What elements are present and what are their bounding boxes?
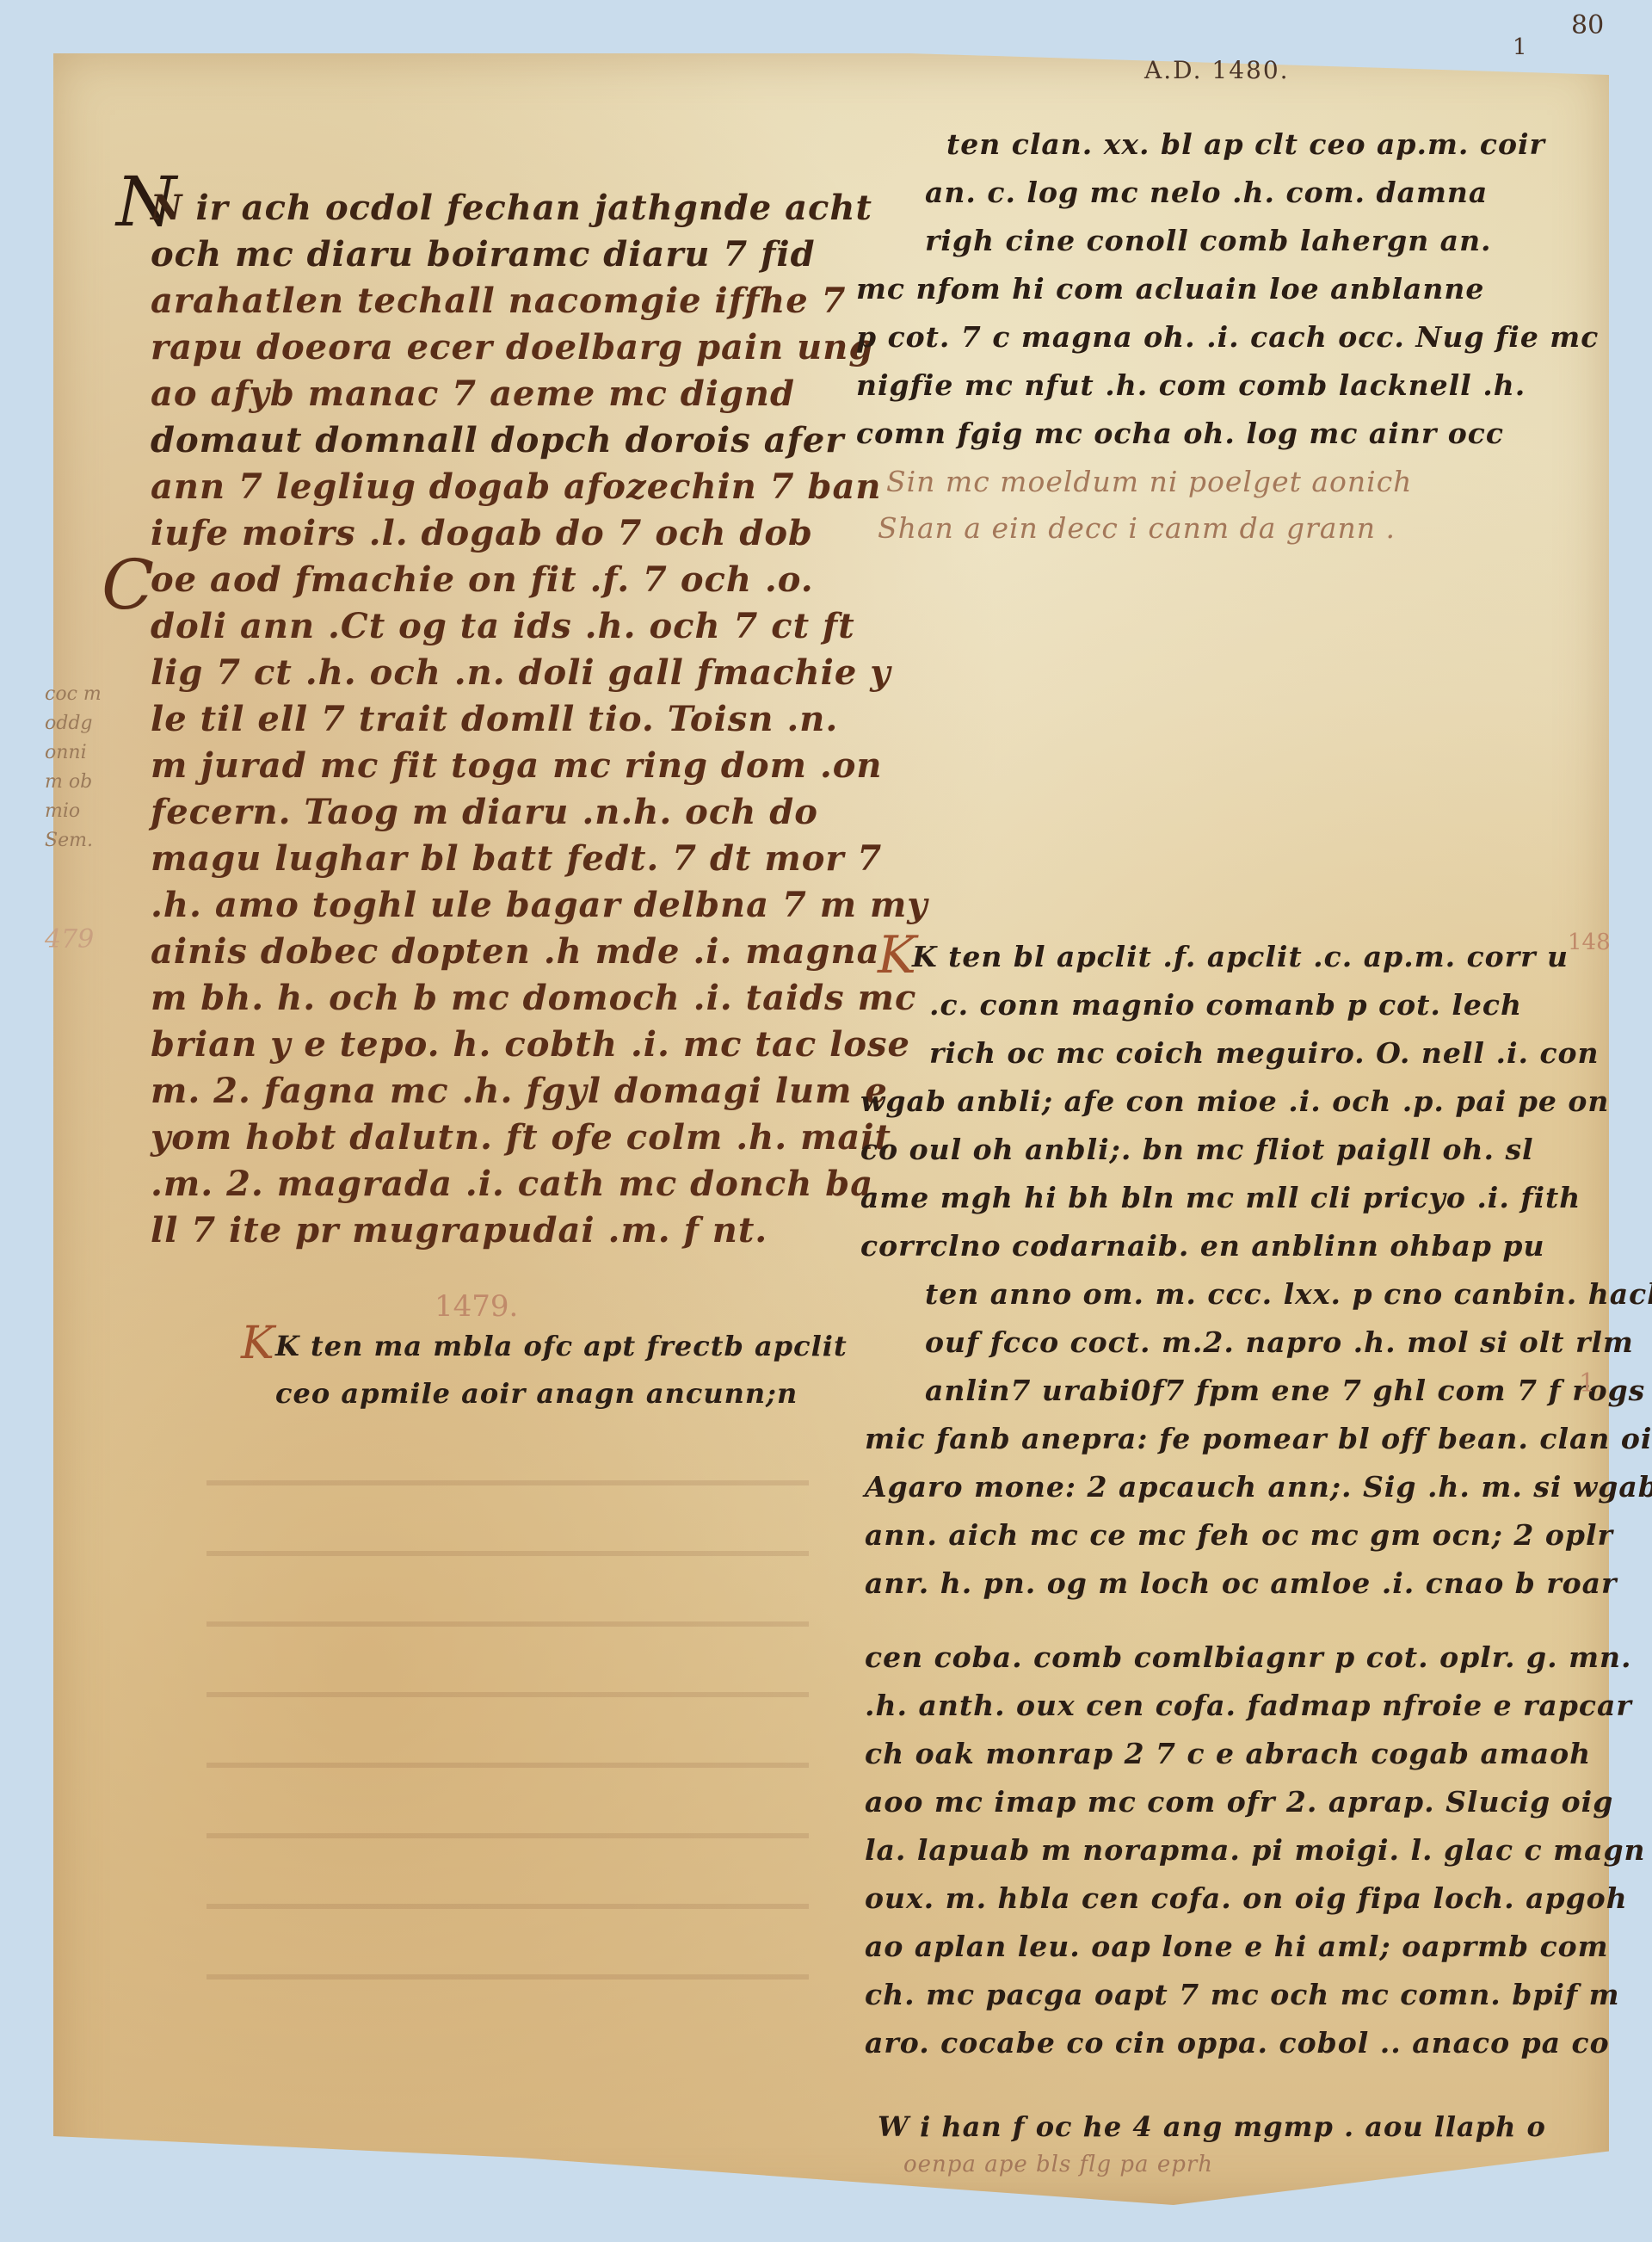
- text-line: .c. conn magnio comanb p cot. lech: [929, 988, 1522, 1022]
- text-line: nigfie mc nfut .h. com comb lacknell .h.: [856, 368, 1526, 402]
- text-line: K ten bl apclit .f. apclit .c. ap.m. cor…: [912, 940, 1569, 973]
- margin-year-148: 148: [1568, 930, 1611, 955]
- margin-note-line: oddg: [45, 709, 102, 738]
- page-header-year: A.D. 1480.: [1144, 56, 1290, 84]
- text-line: ao aplan leu. oap lone e hi aml; oaprmb …: [865, 1930, 1609, 1963]
- text-line: doli ann .Ct og ta ids .h. och 7 ct ft: [151, 606, 855, 646]
- margin-note-line: m ob: [45, 768, 102, 797]
- text-line: K ten ma mbla ofc apt frectb apclit: [275, 1330, 848, 1362]
- text-line: p cot. 7 c magna oh. .i. cach occ. Nug f…: [856, 320, 1599, 354]
- text-line: mc nfom hi com acluain loe anblanne: [856, 272, 1484, 306]
- text-line: ann 7 legliug dogab afozechin 7 ban: [151, 466, 882, 507]
- text-line: ame mgh hi bh bln mc mll cli pricyo .i. …: [860, 1181, 1581, 1214]
- text-line: arahatlen techall nacomgie iffhe 7: [151, 281, 846, 321]
- margin-note-line: mio: [45, 797, 102, 826]
- text-line: co oul oh anbli;. bn mc fliot paigll oh.…: [860, 1133, 1534, 1166]
- text-line: righ cine conoll comb lahergn an.: [925, 224, 1492, 257]
- text-line: corrclno codarnaib. en anblinn ohbap pu: [860, 1229, 1544, 1263]
- margin-note-line: coc m: [45, 680, 102, 709]
- text-line: m jurad mc fit toga mc ring dom .on: [151, 745, 883, 786]
- left-initial-c: C: [102, 551, 154, 620]
- text-line: an. c. log mc nelo .h. com. damna: [925, 176, 1488, 209]
- text-line: le til ell 7 trait domll tio. Toisn .n.: [151, 699, 838, 739]
- show-through-text: [206, 1446, 809, 2005]
- text-line: .m. 2. magrada .i. cath mc donch ba: [151, 1164, 873, 1204]
- left-margin-year: 479: [45, 925, 94, 954]
- text-line: yom hobt dalutn. ft ofe colm .h. mait: [151, 1117, 891, 1158]
- text-line: brian y e tepo. h. cobth .i. mc tac lose: [151, 1024, 910, 1065]
- text-line: comn fgig mc ocha oh. log mc ainr occ: [856, 417, 1504, 450]
- corner-tick: 1: [1513, 34, 1527, 60]
- text-line: aro. cocabe co cin oppa. cobol .. anaco …: [865, 2026, 1610, 2060]
- text-line: m bh. h. och b mc domoch .i. taids mc: [151, 978, 916, 1018]
- text-line: ann. aich mc ce mc feh oc mc gm ocn; 2 o…: [865, 1518, 1613, 1552]
- text-line: lig 7 ct .h. och .n. doli gall fmachie y: [151, 652, 891, 693]
- corner-folio-mark: 80: [1571, 10, 1604, 40]
- text-line: ch. mc pacga oapt 7 mc och mc comn. bpif…: [865, 1978, 1620, 2011]
- text-line: wgab anbli; afe con mioe .i. och .p. pai…: [860, 1084, 1609, 1118]
- text-line: ten clan. xx. bl ap clt ceo ap.m. coir: [946, 127, 1545, 161]
- text-line: rapu doeora ecer doelbarg pain ung: [151, 327, 873, 367]
- text-line: domaut domnall dopch dorois afer: [151, 420, 844, 460]
- text-line: iufe moirs .l. dogab do 7 och dob: [151, 513, 813, 553]
- text-line: .h. anth. oux cen cofa. fadmap nfroie e …: [865, 1689, 1632, 1722]
- text-line: oux. m. hbla cen cofa. on oig fipa loch.…: [865, 1881, 1628, 1915]
- text-line: och mc diaru boiramc diaru 7 fid: [151, 234, 816, 275]
- faded-text-line: Sin mc moeldum ni poelget aonich: [886, 465, 1412, 498]
- text-line: N ir ach ocdol fechan jathgnde acht: [151, 188, 872, 228]
- text-line: rich oc mc coich meguiro. O. nell .i. co…: [929, 1036, 1600, 1070]
- text-line: Agaro mone: 2 apcauch ann;. Sig .h. m. s…: [865, 1470, 1652, 1504]
- final-entry-line: W i han f oc he 4 ang mgmp . aou llaph o: [878, 2110, 1546, 2143]
- text-line: m. 2. fagna mc .h. fgyl domagi lum e: [151, 1071, 888, 1111]
- text-line: ao afyb manac 7 aeme mc dignd: [151, 374, 795, 414]
- text-line: aoo mc imap mc com ofr 2. aprap. Slucig …: [865, 1785, 1613, 1819]
- text-line: .h. amo toghl ule bagar delbna 7 m my: [151, 885, 928, 925]
- text-line: ainis dobec dopten .h mde .i. magna: [151, 931, 880, 972]
- text-line: magu lughar bl batt fedt. 7 dt mor 7: [151, 838, 882, 879]
- text-line: oe aod fmachie on fit .f. 7 och .o.: [151, 559, 814, 600]
- text-line: ceo apmile aoir anagn ancunn;n: [275, 1377, 798, 1410]
- text-line: cen coba. comb comlbiagnr p cot. oplr. g…: [865, 1640, 1631, 1674]
- margin-note-line: onni: [45, 738, 102, 768]
- text-line: ouf fcco coct. m.2. napro .h. mol si olt…: [925, 1325, 1634, 1359]
- year-label-1479: 1479.: [435, 1289, 518, 1324]
- left-margin-notes: coc m oddg onni m ob mio Sem.: [45, 680, 102, 855]
- entry-initial-k: K: [878, 930, 916, 981]
- text-line: ten anno om. m. ccc. lxx. p cno canbin. …: [925, 1277, 1652, 1311]
- text-line: ch oak monrap 2 7 c e abrach cogab amaoh: [865, 1737, 1591, 1770]
- text-line: anlin7 urabi0f7 fpm ene 7 ghl com 7 f ro…: [925, 1374, 1652, 1407]
- text-line: anr. h. pn. og m loch oc amloe .i. cnao …: [865, 1566, 1617, 1600]
- text-line: ll 7 ite pr mugrapudai .m. f nt.: [151, 1210, 767, 1251]
- text-line: fecern. Taog m diaru .n.h. och do: [151, 792, 818, 832]
- margin-note-line: Sem.: [45, 826, 102, 855]
- final-faded-line: oenpa ape bls flg pa eprh: [903, 2152, 1213, 2177]
- text-line: la. lapuab m norapma. pi moigi. l. glac …: [865, 1833, 1646, 1867]
- text-line: mic fanb anepra: fe pomear bl off bean. …: [865, 1422, 1652, 1455]
- entry-initial-k: K: [241, 1321, 274, 1366]
- faded-text-line: Shan a ein decc i canm da grann .: [878, 511, 1396, 545]
- margin-tick: 1: [1579, 1368, 1595, 1399]
